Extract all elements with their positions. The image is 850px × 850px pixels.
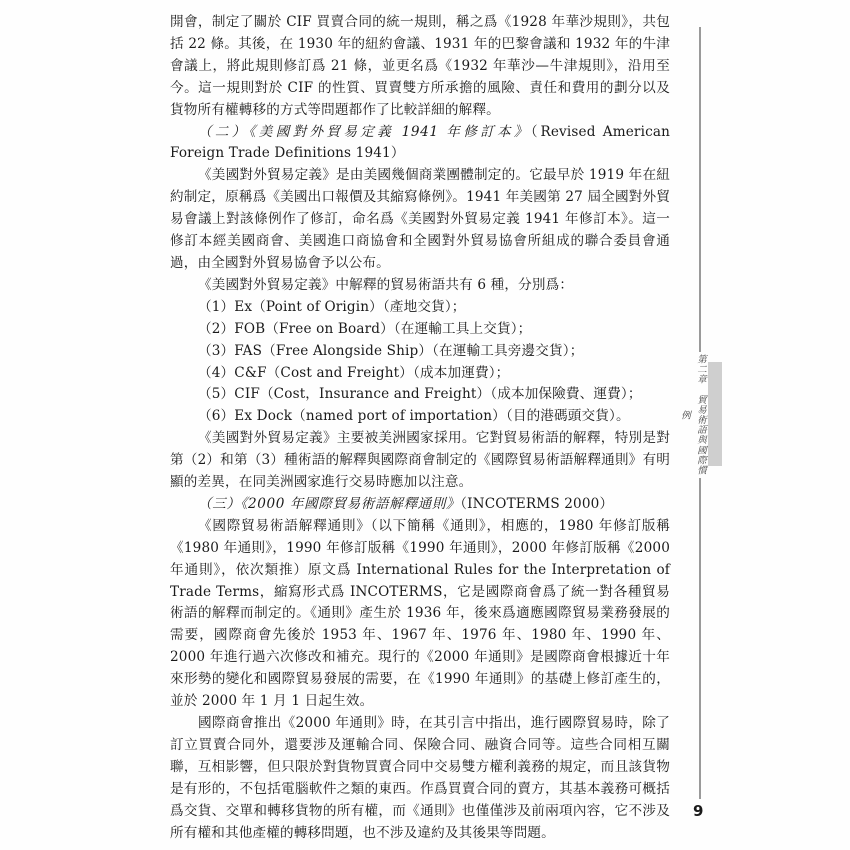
term-list-item: （3）FAS（Free Alongside Ship）（在運輸工具旁邊交貨）； <box>170 341 670 363</box>
paragraph-american-usage: 《美國對外貿易定義》主要被美洲國家採用。它對貿易術語的解釋，特別是對第（2）和第… <box>170 428 670 494</box>
page-number: 9 <box>693 802 703 820</box>
section-heading-en: （INCOTERMS 2000） <box>460 496 613 512</box>
term-list-item: （5）CIF（Cost，Insurance and Freight）（成本加保險… <box>170 384 670 406</box>
book-page: 開會，制定了關於 CIF 買賣合同的統一規則，稱之爲《1928 年華沙規則》，共… <box>0 0 850 850</box>
chapter-tab-label: 第二章 貿易術語與國際慣例 <box>692 352 708 478</box>
paragraph-six-terms-intro: 《美國對外貿易定義》中解釋的貿易術語共有 6 種，分別爲： <box>170 275 670 297</box>
paragraph-warsaw-rules: 開會，制定了關於 CIF 買賣合同的統一規則，稱之爲《1928 年華沙規則》，共… <box>170 12 670 122</box>
section-heading-cn: （二）《美國對外貿易定義 1941 年修訂本》 <box>198 124 531 140</box>
paragraph-incoterms-scope: 國際商會推出《2000 年通則》時，在其引言中指出，進行國際貿易時，除了訂立買賣… <box>170 713 670 844</box>
term-list-item: （1）Ex（Point of Origin）（產地交貨）； <box>170 297 670 319</box>
term-list-item: （4）C&F（Cost and Freight）（成本加運費）； <box>170 363 670 385</box>
page-body: 開會，制定了關於 CIF 買賣合同的統一規則，稱之爲《1928 年華沙規則》，共… <box>170 12 670 844</box>
paragraph-american-definitions: 《美國對外貿易定義》是由美國幾個商業團體制定的。它最早於 1919 年在紐約制定… <box>170 165 670 275</box>
term-list-item: （6）Ex Dock（named port of importation）（目的… <box>170 406 670 428</box>
paragraph-incoterms-history: 《國際貿易術語解釋通則》（以下簡稱《通則》，相應的，1980 年修訂版稱《198… <box>170 516 670 713</box>
term-list-item: （2）FOB（Free on Board）（在運輸工具上交貨）； <box>170 319 670 341</box>
section-heading-incoterms: （三）《2000 年國際貿易術語解釋通則》（INCOTERMS 2000） <box>170 494 670 516</box>
section-heading-american-definitions: （二）《美國對外貿易定義 1941 年修訂本》（Revised American… <box>170 122 670 166</box>
chapter-thumb-tab <box>708 362 722 466</box>
section-heading-cn: （三）《2000 年國際貿易術語解釋通則》 <box>198 496 460 512</box>
